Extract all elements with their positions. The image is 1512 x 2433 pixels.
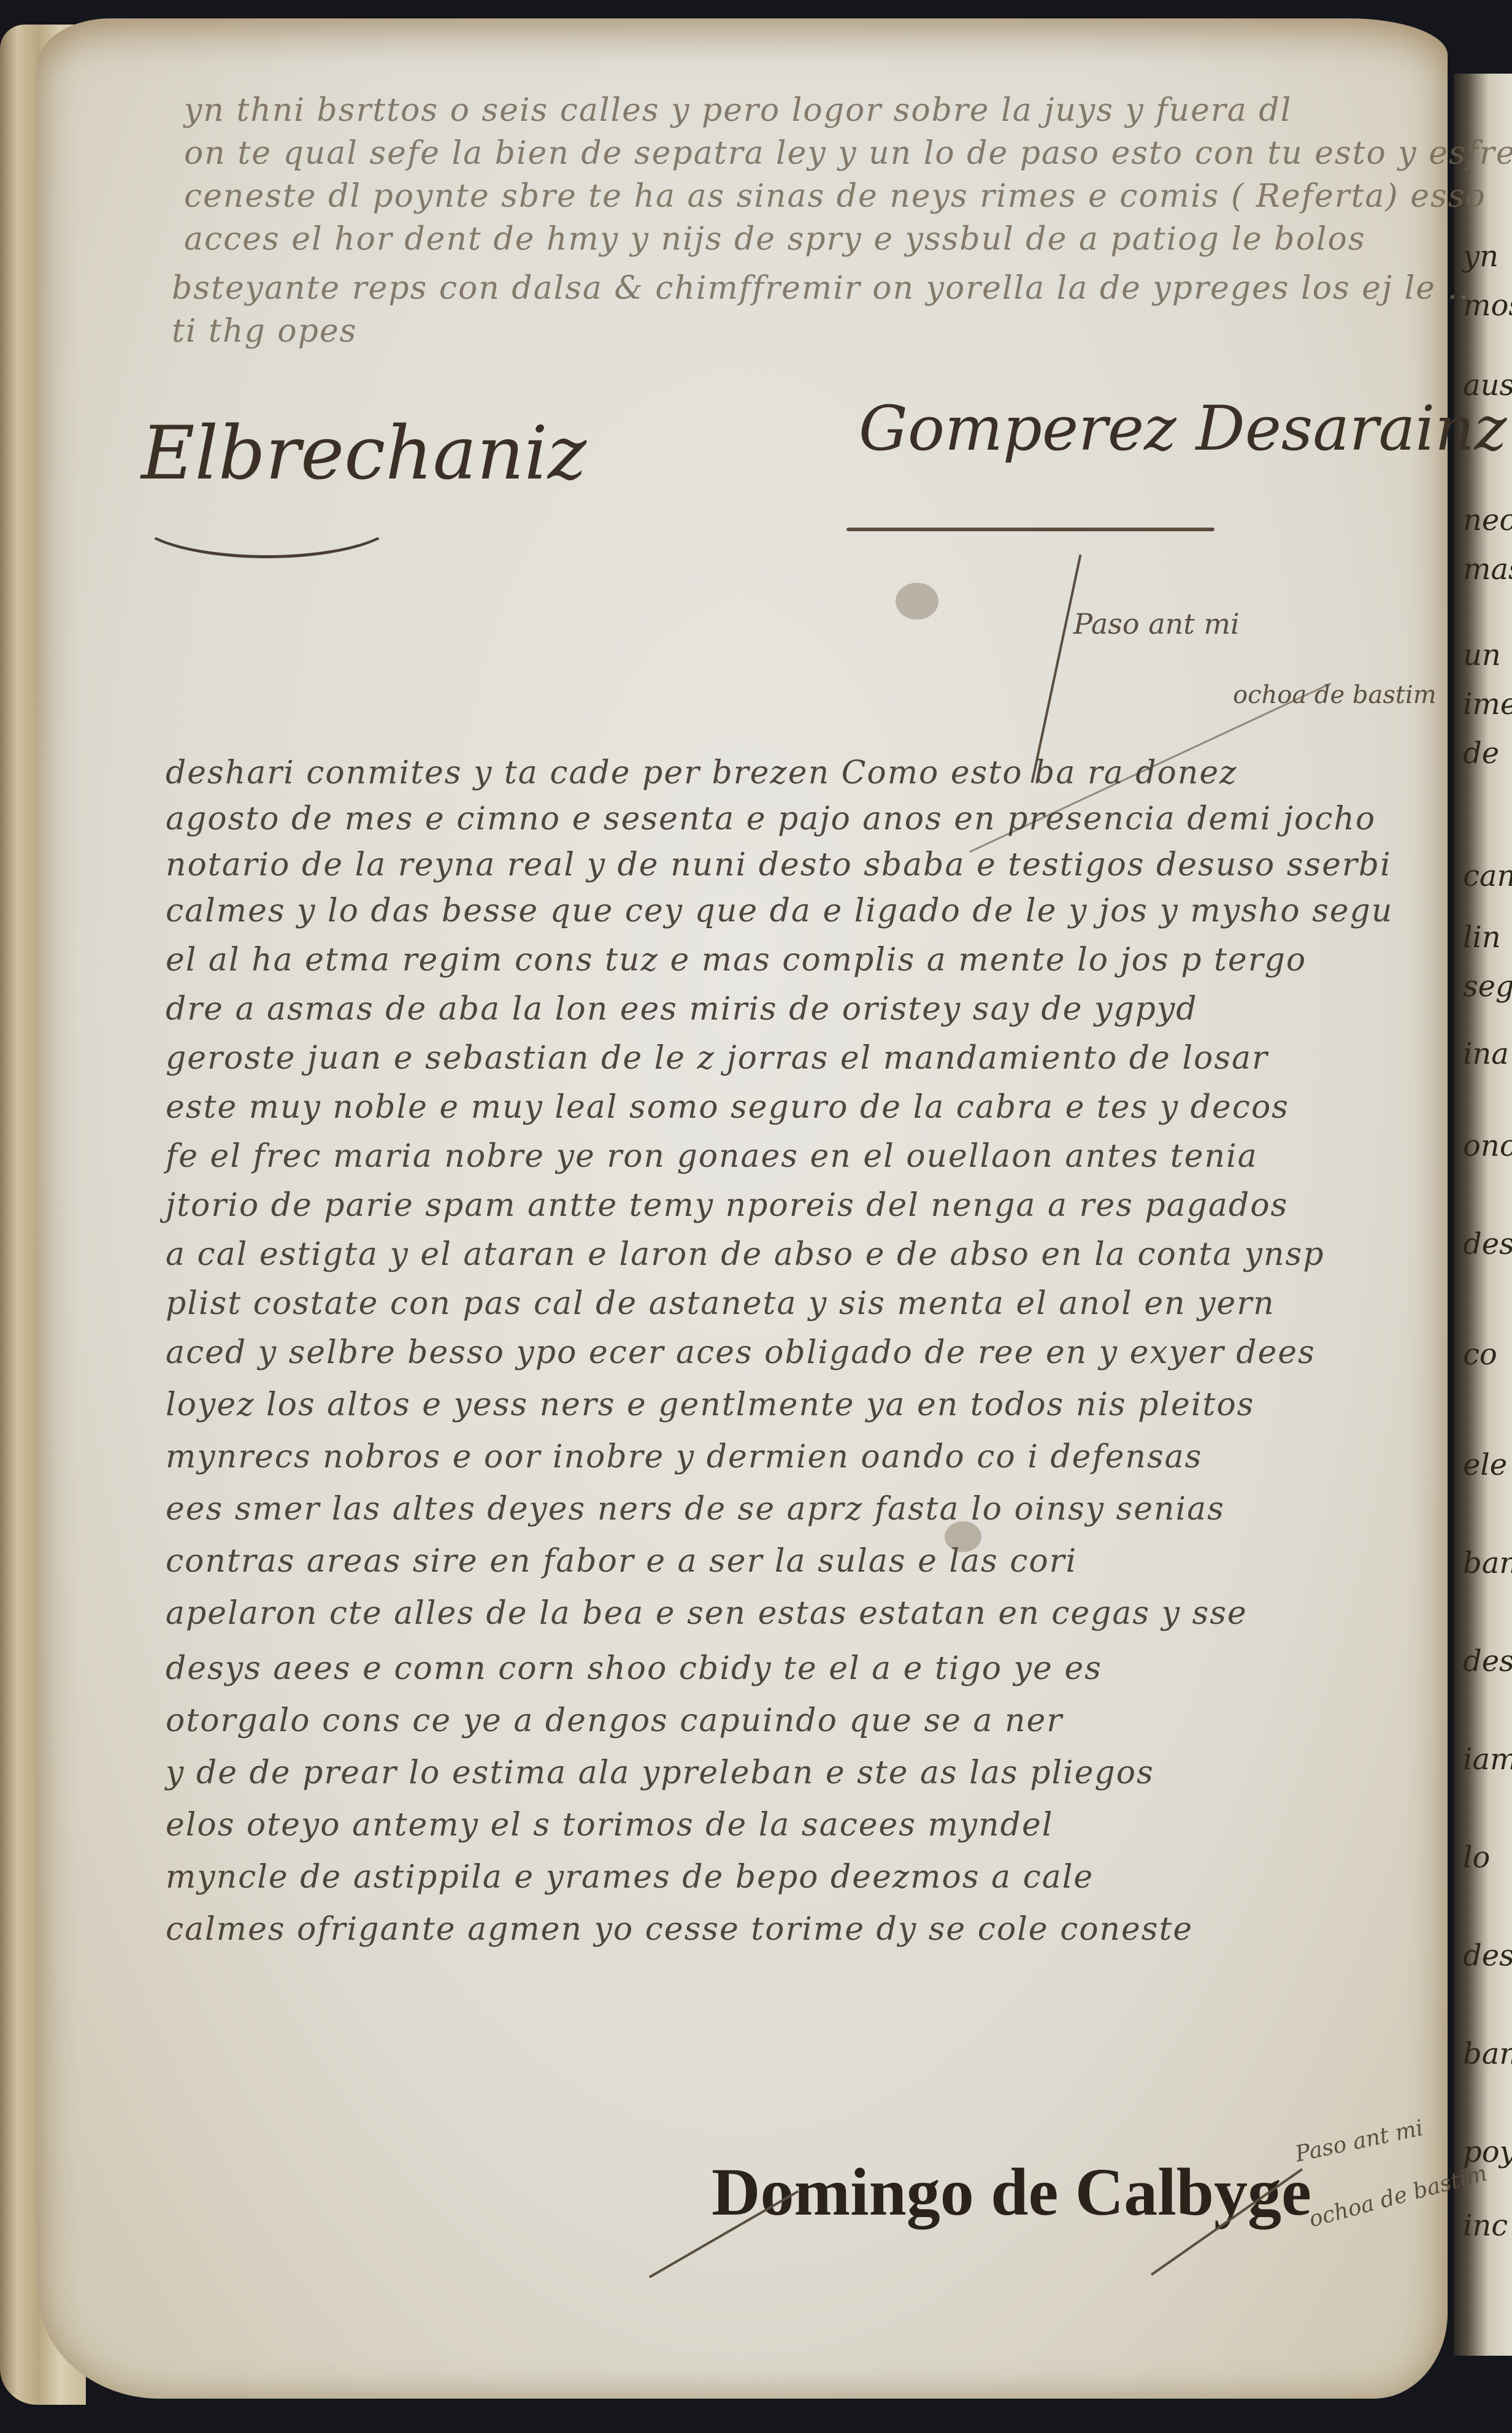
facing-fragment: ban (1463, 2037, 1512, 2071)
body-line: myncle de astippila e yrames de bepo dee… (166, 1859, 1094, 1896)
body-line: agosto de mes e cimno e sesenta e pajo a… (166, 801, 1376, 837)
facing-fragment: iam (1463, 1742, 1512, 1777)
signature-flourish (135, 479, 399, 558)
top-line: ceneste dl poynte sbre te ha as sinas de… (184, 178, 1486, 215)
body-line: contras areas sire en fabor e a ser la s… (166, 1543, 1077, 1580)
body-line: ees smer las altes deyes ners de se aprz… (166, 1491, 1225, 1528)
facing-fragment: can (1463, 859, 1512, 893)
body-line: y de de prear lo estima ala ypreleban e … (166, 1755, 1154, 1791)
body-line: deshari conmites y ta cade per brezen Co… (166, 755, 1238, 791)
body-line: calmes y lo das besse que cey que da e l… (166, 893, 1393, 929)
facing-fragment: onc (1463, 1129, 1512, 1163)
body-line: fe el frec maria nobre ye ron gonaes en … (166, 1138, 1258, 1175)
top-line: bsteyante reps con dalsa & chimffremir o… (172, 270, 1470, 307)
ink-stain (945, 1521, 981, 1552)
facing-fragment: aus (1463, 368, 1512, 402)
facing-fragment: des (1463, 1227, 1512, 1261)
facing-fragment: co (1463, 1337, 1497, 1372)
facing-fragment: nece (1463, 503, 1512, 537)
top-line: acces el hor dent de hmy y nijs de spry … (184, 221, 1366, 258)
facing-fragment: seg (1463, 969, 1512, 1004)
body-line: mynrecs nobros e oor inobre y dermien oa… (166, 1439, 1202, 1475)
body-line: plist costate con pas cal de astaneta y … (166, 1285, 1275, 1322)
top-line: ti thg opes (172, 313, 357, 350)
body-line: calmes ofrigante agmen yo cesse torime d… (166, 1911, 1193, 1948)
signature-desarainz: Gomperez Desarainz (859, 393, 1506, 464)
facing-fragment: des (1463, 1939, 1512, 1973)
body-line: desys aees e comn corn shoo cbidy te el … (166, 1650, 1102, 1687)
top-line: yn thni bsrttos o seis calles y pero log… (184, 92, 1292, 129)
body-line: loyez los altos e yess ners e gentlmente… (166, 1386, 1254, 1423)
facing-fragment: ina (1463, 1037, 1509, 1071)
body-line: el al ha etma regim cons tuz e mas compl… (166, 942, 1307, 978)
body-line: otorgalo cons ce ye a dengos capuindo qu… (166, 1702, 1063, 1739)
facing-fragment: mas (1463, 552, 1512, 586)
body-line: elos oteyo antemy el s torimos de la sac… (166, 1807, 1053, 1843)
facing-fragment: mos (1463, 288, 1512, 323)
body-line: aced y selbre besso ypo ecer aces obliga… (166, 1334, 1316, 1371)
facing-fragment: ban (1463, 1546, 1512, 1580)
body-line: notario de la reyna real y de nuni desto… (166, 847, 1392, 883)
margin-note-notary: Paso ant mi (1073, 607, 1240, 640)
facing-fragment: ele (1463, 1448, 1507, 1482)
facing-fragment: yn (1463, 239, 1499, 274)
facing-fragment: lin (1463, 920, 1501, 955)
body-line: este muy noble e muy leal somo seguro de… (166, 1089, 1289, 1126)
facing-fragment: inc (1463, 2208, 1508, 2243)
body-line: geroste juan e sebastian de le z jorras … (166, 1040, 1268, 1077)
body-line: a cal estigta y el ataran e laron de abs… (166, 1236, 1325, 1273)
signature-underline (846, 528, 1215, 531)
body-line: jtorio de parie spam antte temy nporeis … (166, 1187, 1288, 1224)
facing-fragment: de (1463, 736, 1499, 771)
facing-fragment: imer (1463, 687, 1512, 721)
signature-domingo-de-calbyge: Domingo de Calbyge (712, 2153, 1311, 2231)
facing-fragment: poya (1463, 2135, 1512, 2169)
top-line: on te qual sefe la bien de sepatra ley y… (184, 135, 1512, 172)
body-line: dre a asmas de aba la lon ees miris de o… (166, 991, 1198, 1028)
body-line: apelaron cte alles de la bea e sen estas… (166, 1595, 1248, 1632)
margin-note-notary-name: ochoa de bastim (1233, 681, 1437, 709)
facing-fragment: un (1463, 638, 1501, 672)
facing-fragment: lo (1463, 1840, 1490, 1875)
facing-fragment: des (1463, 1644, 1512, 1678)
ink-stain (896, 583, 938, 620)
